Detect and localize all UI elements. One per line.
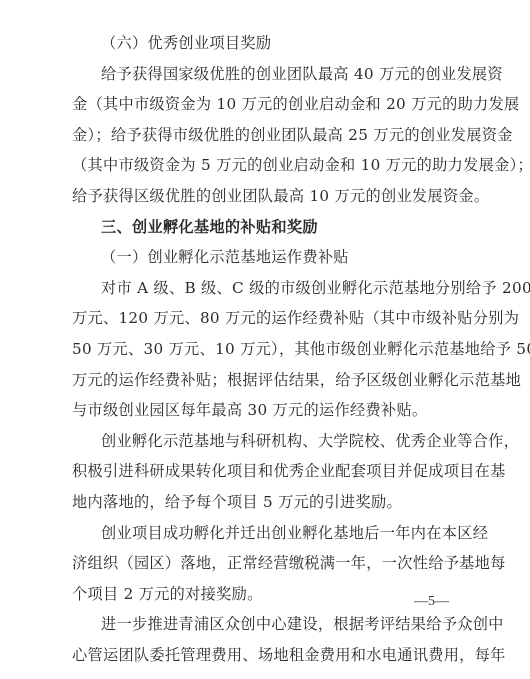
paragraph-line: 50 万元、30 万元、10 万元），其他市级创业孵化示范基地给予 50 xyxy=(72,334,458,365)
paragraph-line: 地内落地的，给予每个项目 5 万元的引进奖励。 xyxy=(72,487,458,518)
paragraph-line: 心管运团队委托管理费用、场地租金费用和水电通讯费用，每年 xyxy=(72,640,458,671)
paragraph-line: 对市 A 级、B 级、C 级的市级创业孵化示范基地分别给予 200 xyxy=(72,273,458,304)
paragraph-line: 万元、120 万元、80 万元的运作经费补贴（其中市级补贴分别为 xyxy=(72,303,458,334)
paragraph-line: 创业孵化示范基地与科研机构、大学院校、优秀企业等合作， xyxy=(72,426,458,457)
paragraph-line: （其中市级资金为 5 万元的创业启动金和 10 万元的助力发展金）； xyxy=(72,150,458,181)
paragraph-line: 与市级创业园区每年最高 30 万元的运作经费补贴。 xyxy=(72,395,458,426)
subheading-excellent-project-award: （六）优秀创业项目奖励 xyxy=(72,28,458,59)
section-heading-incubation-base: 三、创业孵化基地的补贴和奖励 xyxy=(72,212,458,243)
paragraph-line: 济组织（园区）落地，正常经营缴税满一年，一次性给予基地每 xyxy=(72,548,458,579)
paragraph-line: 进一步推进青浦区众创中心建设，根据考评结果给予众创中 xyxy=(72,609,458,640)
paragraph-line: 给予获得区级优胜的创业团队最高 10 万元的创业发展资金。 xyxy=(72,181,458,212)
subheading-operation-subsidy: （一）创业孵化示范基地运作费补贴 xyxy=(72,242,458,273)
paragraph-line: 万元的运作经费补贴；根据评估结果，给予区级创业孵化示范基地 xyxy=(72,365,458,396)
paragraph-line: 创业项目成功孵化并迁出创业孵化基地后一年内在本区经 xyxy=(72,518,458,549)
document-page: （六）优秀创业项目奖励 给予获得国家级优胜的创业团队最高 40 万元的创业发展资… xyxy=(72,28,458,670)
paragraph-line: 金）；给予获得市级优胜的创业团队最高 25 万元的创业发展资金 xyxy=(72,120,458,151)
paragraph-line: 积极引进科研成果转化项目和优秀企业配套项目并促成项目在基 xyxy=(72,456,458,487)
paragraph-line: 个项目 2 万元的对接奖励。 xyxy=(72,579,458,610)
page-number: —5— xyxy=(414,594,449,610)
paragraph-line: 金（其中市级资金为 10 万元的创业启动金和 20 万元的助力发展 xyxy=(72,89,458,120)
paragraph-line: 给予获得国家级优胜的创业团队最高 40 万元的创业发展资 xyxy=(72,59,458,90)
